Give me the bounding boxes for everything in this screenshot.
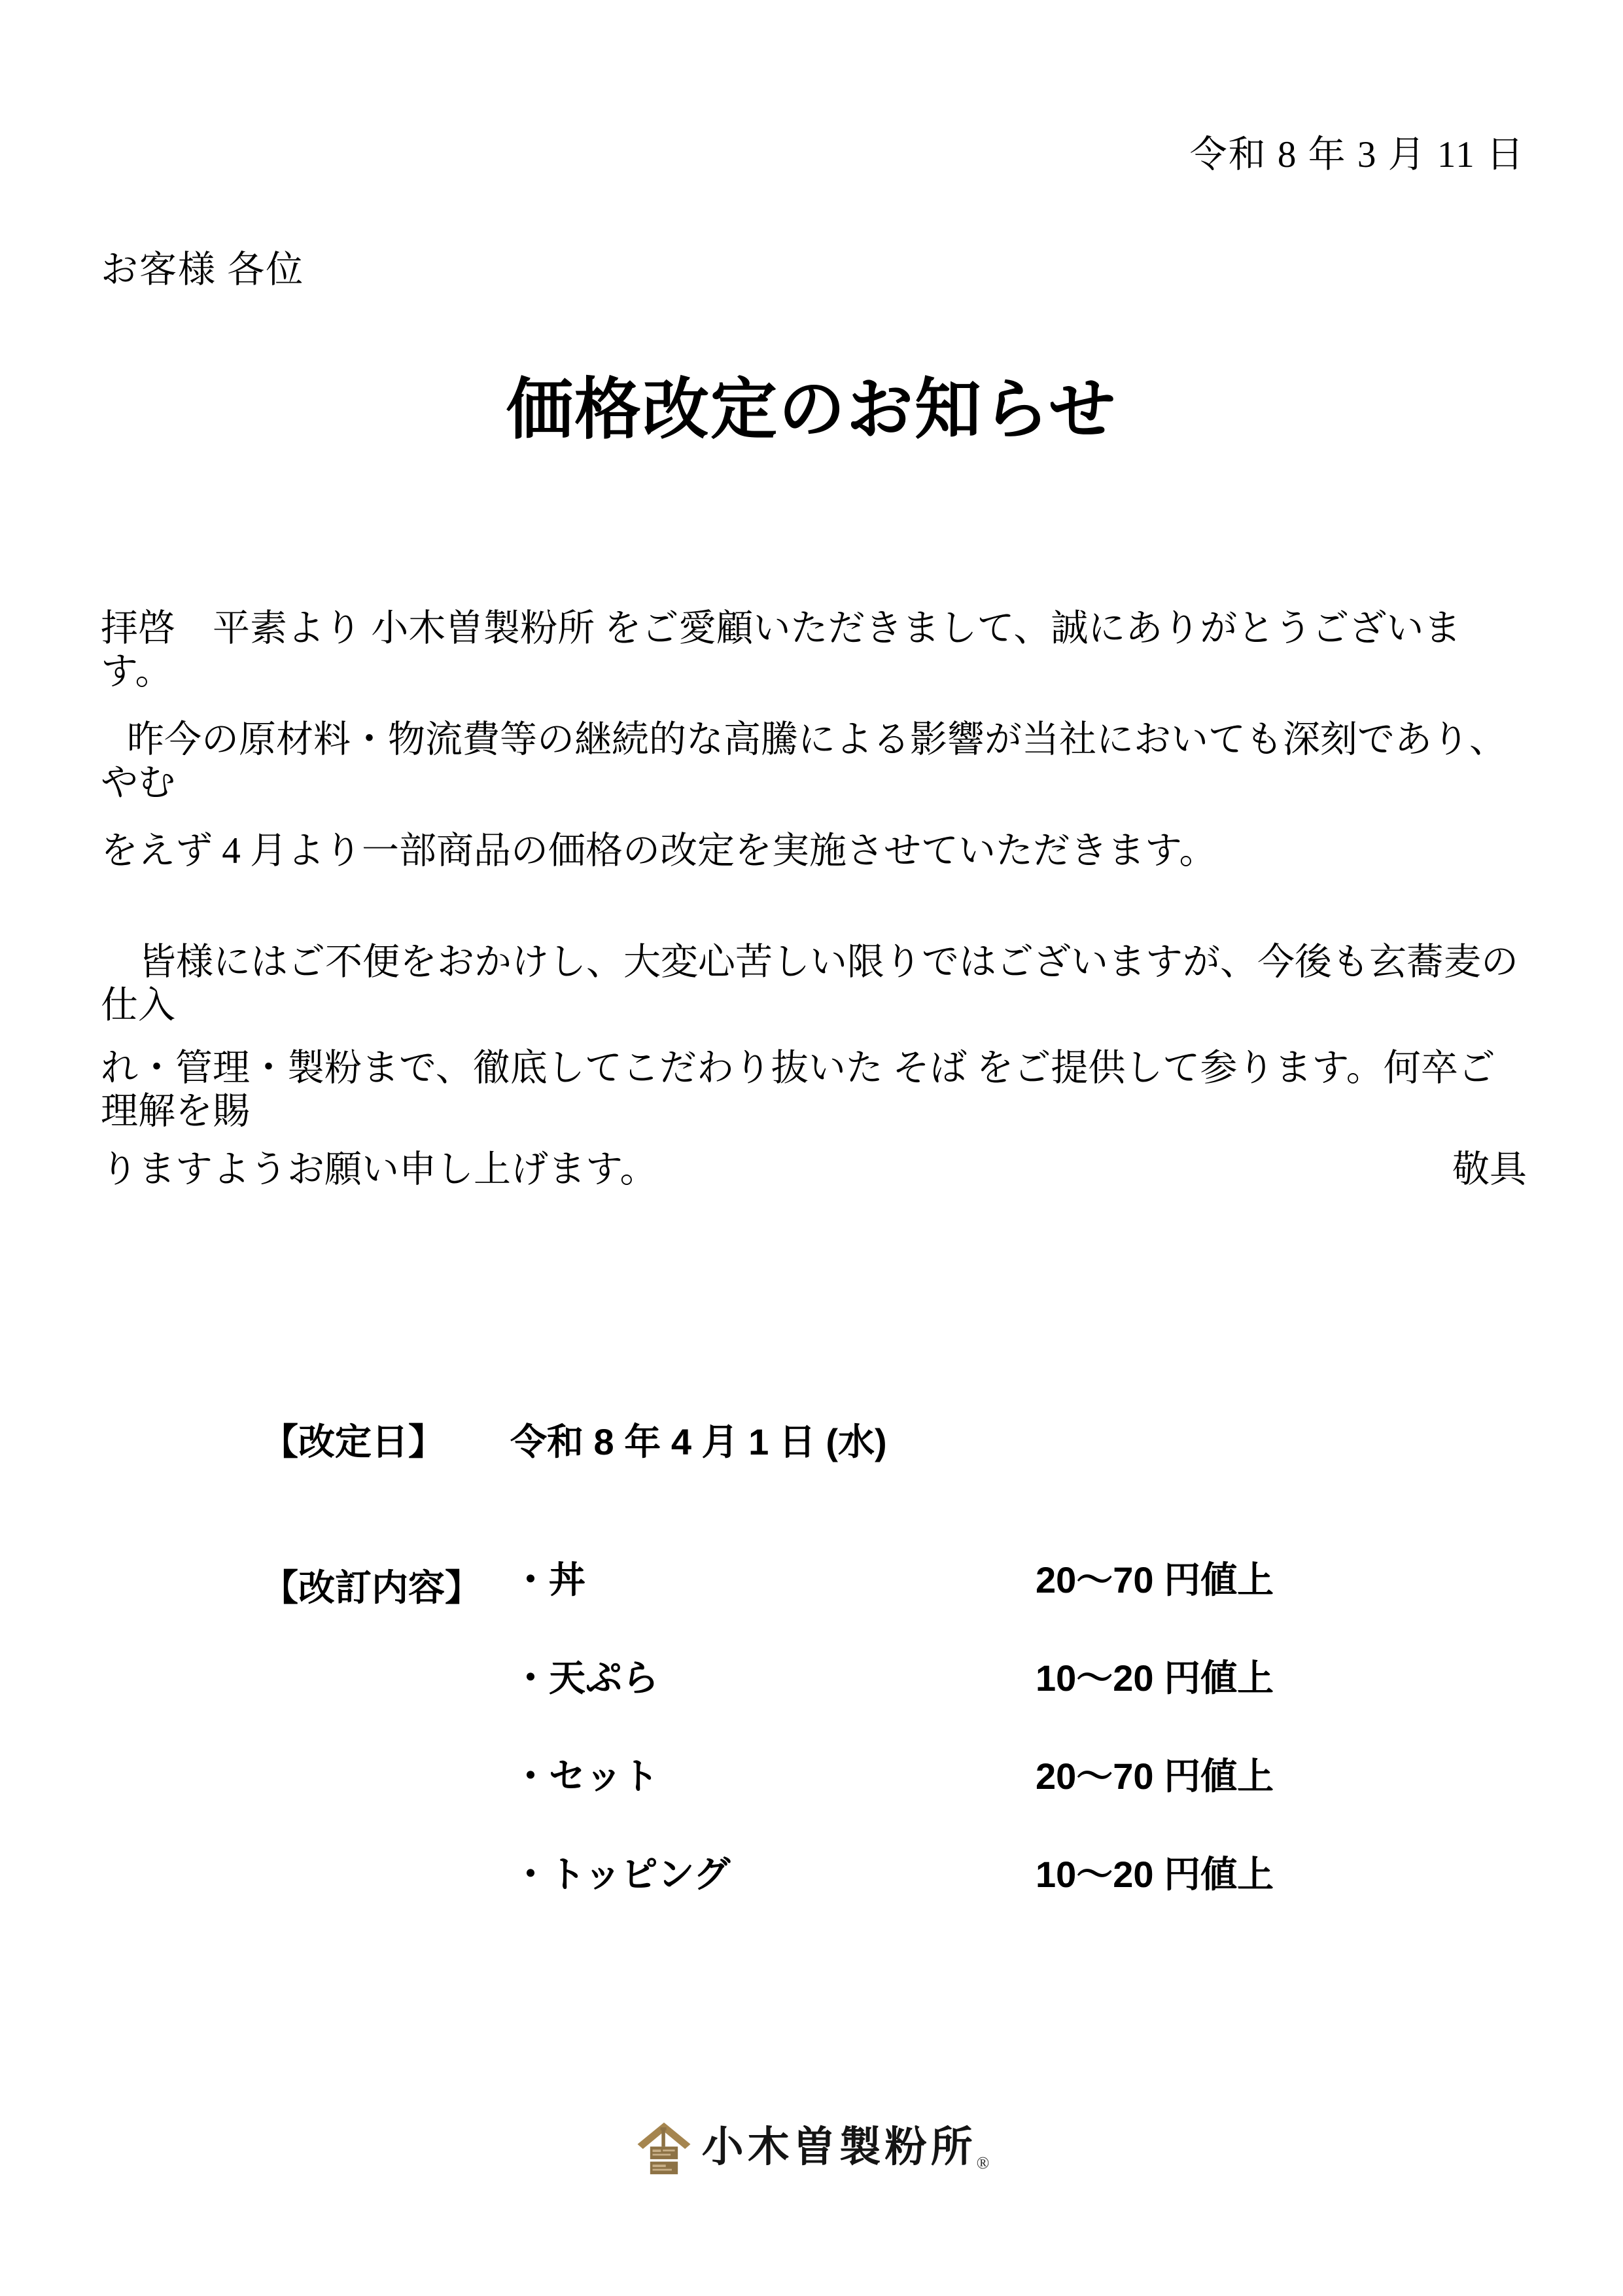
revision-item-row: ・トッピング 10～20 円値上 <box>512 1854 1526 1952</box>
body-line-apology-1: 皆様にはご不便をおかけし、大変心苦しい限りではございますが、今後も玄蕎麦の仕入 <box>101 941 1527 1027</box>
item-change-set: 20～70 円値上 <box>1036 1756 1274 1797</box>
body-line-apology-2: れ・管理・製粉まで、徹底してこだわり抜いた そば をご提供して参ります。何卒ご理… <box>101 1047 1527 1133</box>
body-line-final-text: りますようお願い申し上げます。 <box>101 1148 657 1192</box>
revision-item-row: ・セット 20～70 円値上 <box>512 1756 1526 1854</box>
body-line-final: りますようお願い申し上げます。 敬具 <box>101 1148 1527 1192</box>
logo-company-name: 小木曽製粉所 <box>702 2119 977 2176</box>
revision-date-value: 令和 8 年 4 月 1 日 (水) <box>510 1413 887 1466</box>
page-title: 価格改定のお知らせ <box>0 357 1623 452</box>
body-line-reason-2: をえず 4 月より一部商品の価格の改定を実施させていただきます。 <box>101 830 1527 873</box>
item-change-don: 20～70 円値上 <box>1036 1559 1274 1601</box>
document-date: 令和 8 年 3 月 11 日 <box>1190 124 1525 178</box>
price-revision-notice-document: 令和 8 年 3 月 11 日 お客様 各位 価格改定のお知らせ 拝啓 平素より… <box>0 0 1623 2296</box>
item-name-tempura: ・天ぷら <box>512 1657 659 1699</box>
revision-contents-label: 【改訂内容】 <box>262 1559 481 1612</box>
item-change-topping: 10～20 円値上 <box>1036 1854 1274 1896</box>
company-logo: 小木曽製粉所 ® <box>0 2119 1623 2176</box>
body-line-greeting: 拝啓 平素より 小木曽製粉所 をご愛顧いただきまして、誠にありがとうございます。 <box>101 607 1527 694</box>
revision-item-row: ・丼 20～70 円値上 <box>512 1559 1526 1657</box>
house-mill-icon <box>634 2119 694 2176</box>
item-change-tempura: 10～20 円値上 <box>1036 1657 1274 1699</box>
body-line-reason-1: 昨今の原材料・物流費等の継続的な高騰による影響が当社においても深刻であり、やむ <box>101 718 1527 805</box>
item-name-set: ・セット <box>512 1756 659 1797</box>
closing-keigu: 敬具 <box>1452 1148 1527 1192</box>
revision-items-list: ・丼 20～70 円値上 ・天ぷら 10～20 円値上 ・セット 20～70 円… <box>512 1559 1526 1952</box>
revision-date-label: 【改定日】 <box>262 1413 445 1466</box>
revision-item-row: ・天ぷら 10～20 円値上 <box>512 1657 1526 1756</box>
registered-trademark-mark: ® <box>977 2150 990 2176</box>
item-name-topping: ・トッピング <box>512 1854 730 1896</box>
item-name-don: ・丼 <box>512 1559 585 1601</box>
addressee: お客様 各位 <box>101 239 304 293</box>
